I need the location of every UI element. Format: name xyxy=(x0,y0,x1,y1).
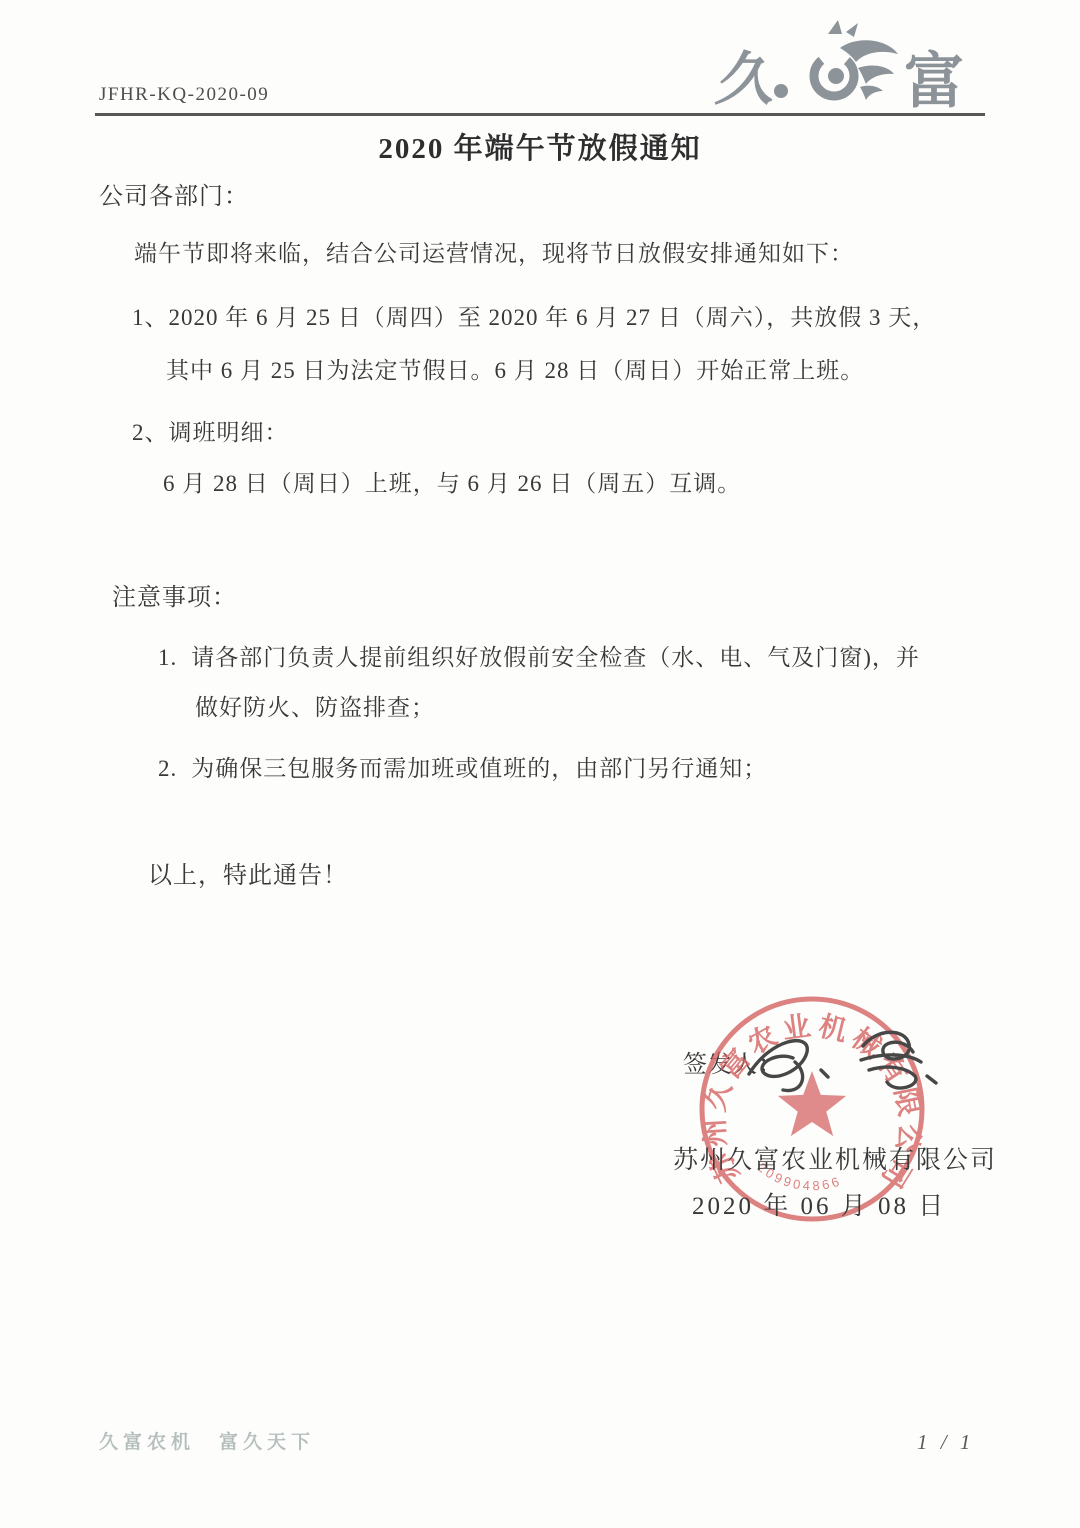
logo-fu-character: 富 xyxy=(904,34,964,120)
dragon-swirl-icon xyxy=(794,18,904,110)
notes-heading: 注意事项： xyxy=(112,577,237,612)
note-1-line-2: 做好防火、防盗排查； xyxy=(195,689,435,722)
note-2-line-1: 2.为确保三包服务而需加班或值班的，由部门另行通知； xyxy=(158,750,767,783)
document-number: JFHR-KQ-2020-09 xyxy=(99,84,269,106)
holiday-item-2-line-2: 6 月 28 日（周日）上班，与 6 月 26 日（周五）互调。 xyxy=(163,465,741,498)
note-2-text: 为确保三包服务而需加班或值班的，由部门另行通知； xyxy=(191,756,767,781)
holiday-item-2-line-1: 2、调班明细： xyxy=(132,414,289,447)
closing-statement: 以上，特此通告！ xyxy=(148,855,348,890)
holiday-item-1-line-1: 1、2020 年 6 月 25 日（周四）至 2020 年 6 月 27 日（周… xyxy=(132,299,936,332)
logo-jiu-character: 久 xyxy=(711,32,787,116)
salutation: 公司各部门： xyxy=(99,176,249,211)
note-1-number: 1. xyxy=(158,645,177,671)
signing-company-name: 苏州久富农业机械有限公司 xyxy=(673,1140,997,1176)
header-divider xyxy=(95,113,985,116)
intro-paragraph: 端午节即将来临，结合公司运营情况，现将节日放假安排通知如下： xyxy=(134,235,854,268)
company-logo: 久 富 xyxy=(712,18,980,110)
note-1-line-1: 1.请各部门负责人提前组织好放假前安全检查（水、电、气及门窗)，并 xyxy=(158,639,920,672)
footer-slogan: 久富农机 富久天下 xyxy=(99,1427,315,1454)
signing-date: 2020 年 06 月 08 日 xyxy=(692,1186,946,1222)
logo-dot xyxy=(774,84,788,98)
page-title: 2020 年端午节放假通知 xyxy=(0,126,1080,167)
page-number: 1 / 1 xyxy=(917,1430,974,1455)
note-1-text: 请各部门负责人提前组织好放假前安全检查（水、电、气及门窗)，并 xyxy=(191,645,920,670)
notice-document-page: JFHR-KQ-2020-09 久 富 2020 年端午节放假通知 公司各部门：… xyxy=(0,0,1080,1528)
handwritten-signature xyxy=(735,1018,945,1113)
note-2-number: 2. xyxy=(158,756,177,782)
holiday-item-1-line-2: 其中 6 月 25 日为法定节假日。6 月 28 日（周日）开始正常上班。 xyxy=(166,352,864,385)
